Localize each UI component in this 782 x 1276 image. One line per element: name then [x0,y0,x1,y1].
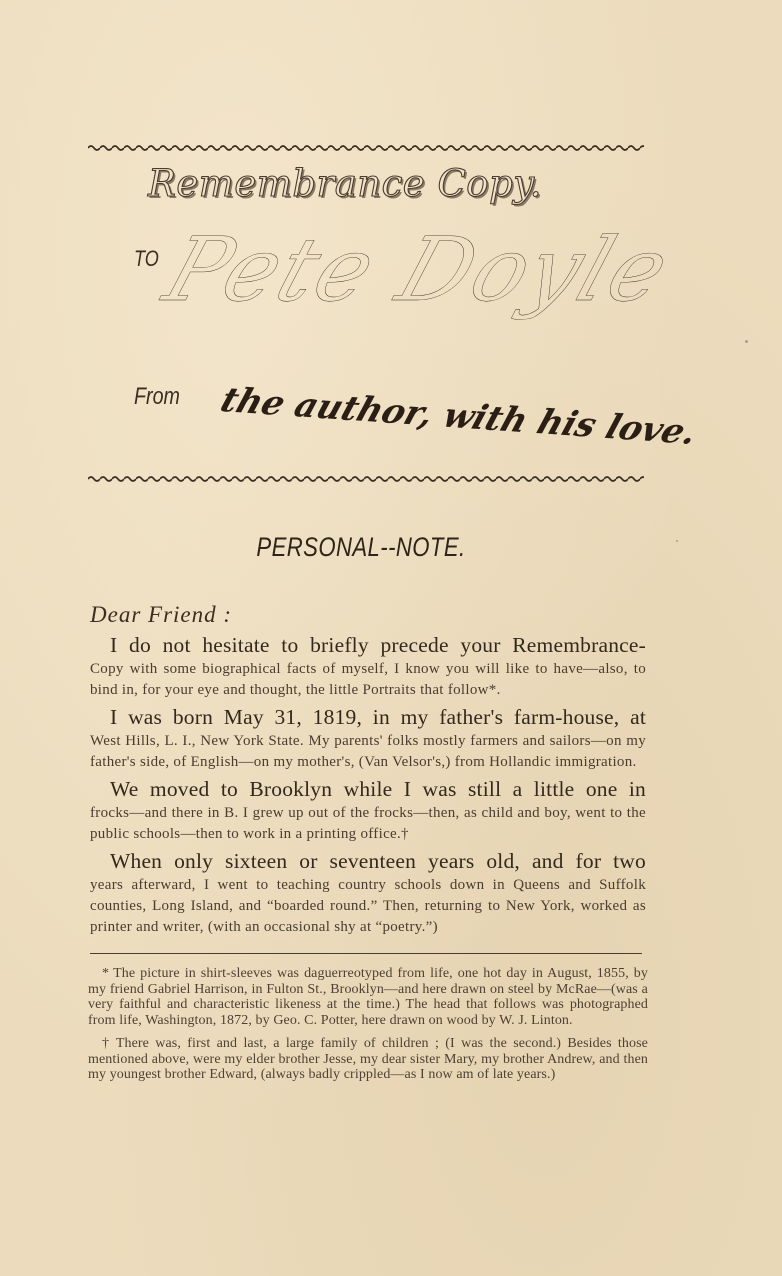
paragraph-text: West Hills, L. I., New York State. My pa… [90,731,646,773]
personal-note-heading: PERSONAL--NOTE. [65,532,657,563]
paragraph-text: Copy with some biographical facts of mys… [90,659,646,701]
top-wavy-rule [88,143,644,153]
paragraph-lead-line: We moved to Brooklyn while I was still a… [90,776,646,803]
paragraph-lead-line: When only sixteen or seventeen years old… [90,848,646,875]
letter-salutation: Dear Friend : [90,602,232,628]
letter-paragraph: We moved to Brooklyn while I was still a… [90,776,646,845]
letter-body: I do not hesitate to briefly precede you… [90,632,646,941]
from-label: From [134,383,180,411]
bottom-wavy-rule [88,474,644,484]
dagger-mark: † [102,1036,112,1051]
footnote-dagger: †There was, first and last, a large fami… [88,1036,648,1083]
remembrance-copy-title: Remembrance Copy. [148,162,542,205]
letter-paragraph: I was born May 31, 1819, in my father's … [90,704,646,773]
letter-paragraph: When only sixteen or seventeen years old… [90,848,646,938]
book-page: Remembrance Copy. TO Pete Doyle From the… [0,0,782,1276]
paragraph-text: years afterward, I went to teaching coun… [90,875,646,938]
handwritten-inscription: the author, with his love. [216,380,702,452]
paragraph-text: frocks—and there in B. I grew up out of … [90,803,646,845]
paper-speck [745,340,748,343]
paragraph-lead-line: I do not hesitate to briefly precede you… [90,632,646,659]
footnotes: *The picture in shirt-sleeves was daguer… [88,966,648,1091]
letter-paragraph: I do not hesitate to briefly precede you… [90,632,646,701]
footnote-text: There was, first and last, a large famil… [88,1036,648,1082]
footnote-asterisk: *The picture in shirt-sleeves was daguer… [88,966,648,1028]
footnote-divider [90,953,642,954]
asterisk-mark: * [102,966,109,981]
to-label: TO [134,246,159,272]
paragraph-lead-line: I was born May 31, 1819, in my father's … [90,704,646,731]
paper-speck [676,540,678,542]
handwritten-recipient-name: Pete Doyle [153,218,683,321]
footnote-text: The picture in shirt-sleeves was daguerr… [88,966,648,1028]
